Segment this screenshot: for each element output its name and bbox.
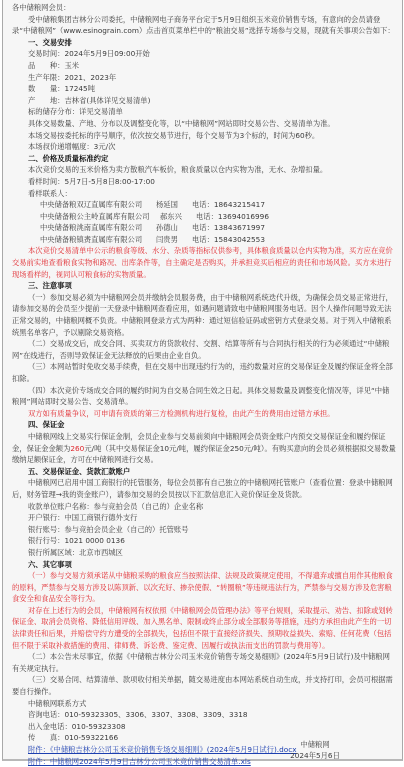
- trade-time: 交易时间：2024年5月9日09:00开始: [12, 48, 396, 60]
- note-item: （三）本网站暂时免收交易手续费，但在交易中出现违约行为的，违约数量对应的交易保证…: [12, 361, 396, 384]
- other-item: （二）本公告未尽事宜，依据《中储粮吉林分公司玉米竞价销售专场交易细则》(2024…: [12, 651, 396, 674]
- contact-person: 闫贵男: [156, 234, 192, 246]
- attachment-link-list[interactable]: 附件：中储粮网2024年5月9日吉林分公司玉米竞价销售交易清单.xls: [28, 757, 251, 762]
- contact-person: 杨延国: [156, 199, 192, 211]
- contact-phone: 电话：18643215417: [192, 199, 265, 211]
- contact-phone: 电话：15843042553: [192, 234, 265, 246]
- contact-person: 孙德山: [156, 222, 192, 234]
- deposit-amount: 260: [70, 444, 84, 453]
- section-title-deposit: 四、保证金: [12, 419, 396, 431]
- contact-company: 中央储备粮洮南直属库有限公司: [40, 222, 156, 234]
- section-title-notes: 三、注意事项: [12, 280, 396, 292]
- compliance-commitment: （一）参与交易方须承诺从中储粮采购的粮食应当按照法律、法规及政策规定使用，不得遗…: [12, 570, 396, 605]
- contact-row: 中央储备粮公主岭直属库有限公司 郝东兴 电话：13694016996: [12, 211, 396, 223]
- contact-title: 中储粮网联系方式: [12, 698, 396, 710]
- contact-row: 中央储备粮镇赉直属库有限公司 闫贵男 电话：15843042553: [12, 234, 396, 246]
- announcement-panel: 各中储粮网会员： 受中储粮集团吉林分公司委托，中储粮网电子商务平台定于5月9日组…: [2, 0, 403, 761]
- account-name: 收款单位账户名称：参与竞拍会员（自己的）企业名称: [12, 501, 396, 513]
- contact-company: 中央储备粮镇赉直属库有限公司: [40, 234, 156, 246]
- bank-region: 银行所属区域：北京市西城区: [12, 547, 396, 559]
- bid-increment: 本场叔价递增幅度：3元/次: [12, 141, 396, 153]
- contact-phone: 电话：13843671997: [192, 222, 265, 234]
- funds-phone: 出入金电话：010-59323308: [12, 721, 396, 733]
- section-title-remittance: 五、交易保证金、货款汇款账户: [12, 466, 396, 478]
- quantity-note: 具体交易数量、产地、分布以及调整变化等，以“中储粮网”网站即时交易公告、交易清单…: [12, 118, 396, 130]
- attachment-link-rules[interactable]: 附件：《中储粮吉林分公司玉米竞价销售专场交易细则》(2024年5月9日试行).d…: [28, 745, 297, 754]
- price-note: 本次竞价交易的玉米价格为卖方散粮汽车板价，粮食质量以仓内实物为准，无水、杂增扣量…: [12, 164, 396, 176]
- other-item: （三）交易合同、结算清单、款项收付相关单据，随交易进度由本网站系统自动生成，并支…: [12, 674, 396, 697]
- inspection-time: 看样时间：5月7日-5月8日8:00-17:00: [12, 176, 396, 188]
- section-title-trade-arrangement: 一、交易安排: [12, 37, 396, 49]
- section-title-price-quality: 二、价格及质量标准约定: [12, 153, 396, 165]
- contact-row: 中央储备粮双辽直属库有限公司 杨延国 电话：18643215417: [12, 199, 396, 211]
- bank-name: 开户银行：中国工商银行德外支行: [12, 512, 396, 524]
- contact-phone: 电话：13694016996: [196, 211, 269, 223]
- contact-company: 中央储备粮双辽直属库有限公司: [40, 199, 156, 211]
- inspection-contacts-label: 看样联系人：: [12, 188, 396, 200]
- sequence-note: 本场交易按委托标的序号顺序，依次按交易节进行，每个交易节为3个标的，时间为60秒…: [12, 130, 396, 142]
- signature-org: 中储粮网: [275, 739, 355, 750]
- account-number: 银行账号：参与竞拍会员企业（自己的）托管账号: [12, 524, 396, 536]
- contact-person: 郝东兴: [156, 211, 196, 223]
- note-item: （二）交易成交后，成交合同、买卖双方的货款收付、交割、结算等所有与合同执行相关的…: [12, 338, 396, 361]
- quality-warning: 本次竞价交易清单中公示的粮食等级、水分、杂质等指标仅供参考，具体粮食质量以仓内实…: [12, 245, 396, 280]
- section-title-other: 六、其它事项: [12, 559, 396, 571]
- signature-date: 2024年5月6日: [275, 750, 355, 761]
- announcement-body: 各中储粮网会员： 受中储粮集团吉林分公司委托，中储粮网电子商务平台定于5月9日组…: [12, 2, 396, 762]
- penalty-note: 对存在上述行为的会员，中储粮网有权依照《中储粮网会员管理办法》等平台规则，采取提…: [12, 605, 396, 651]
- origin: 产 地：吉林省(具体详见交易清单): [12, 95, 396, 107]
- contact-row: 中央储备粮洮南直属库有限公司 孙德山 电话：13843671997: [12, 222, 396, 234]
- production-years: 生产年限：2021、2023年: [12, 72, 396, 84]
- intro-paragraph: 受中储粮集团吉林分公司委托，中储粮网电子商务平台定于5月9日组织玉米竞价销售专场…: [12, 14, 396, 37]
- deposit-paragraph: 中储粮网线上交易实行保证金制，会员企业参与交易前须向中储粮网会员资金账户内预交交…: [12, 431, 396, 466]
- dispute-note: 双方如有质量争议，可申请有资质的第三方检测机构进行复检，由此产生的费用由过错方承…: [12, 408, 396, 420]
- note-item: （四）本次竞价专场成交合同的履约时间为自交易合同生效之日起。具体交易数量及调整变…: [12, 385, 396, 408]
- quantity: 数 量：17245吨: [12, 83, 396, 95]
- consult-phone: 咨询电话：010-59323305、3306、3307、3308、3309、33…: [12, 709, 396, 721]
- bank-code: 银行行号：1021 0000 0136: [12, 535, 396, 547]
- contact-company: 中央储备粮公主岭直属库有限公司: [40, 211, 156, 223]
- storage-distribution: 标的储存分布：详见交易清单: [12, 106, 396, 118]
- remittance-paragraph: 中储粮网已启用中国工商银行的托管服务，每位会员都有自己独立的中储粮网托管账户（查…: [12, 477, 396, 500]
- note-item: （一）参加交易必须为中储粮网会员并缴纳会员服务费，由于中储粮网系统迭代升级，为确…: [12, 292, 396, 338]
- variety: 品 种：玉米: [12, 60, 396, 72]
- greeting: 各中储粮网会员：: [12, 2, 396, 14]
- signature: 中储粮网 2024年5月6日: [275, 739, 355, 761]
